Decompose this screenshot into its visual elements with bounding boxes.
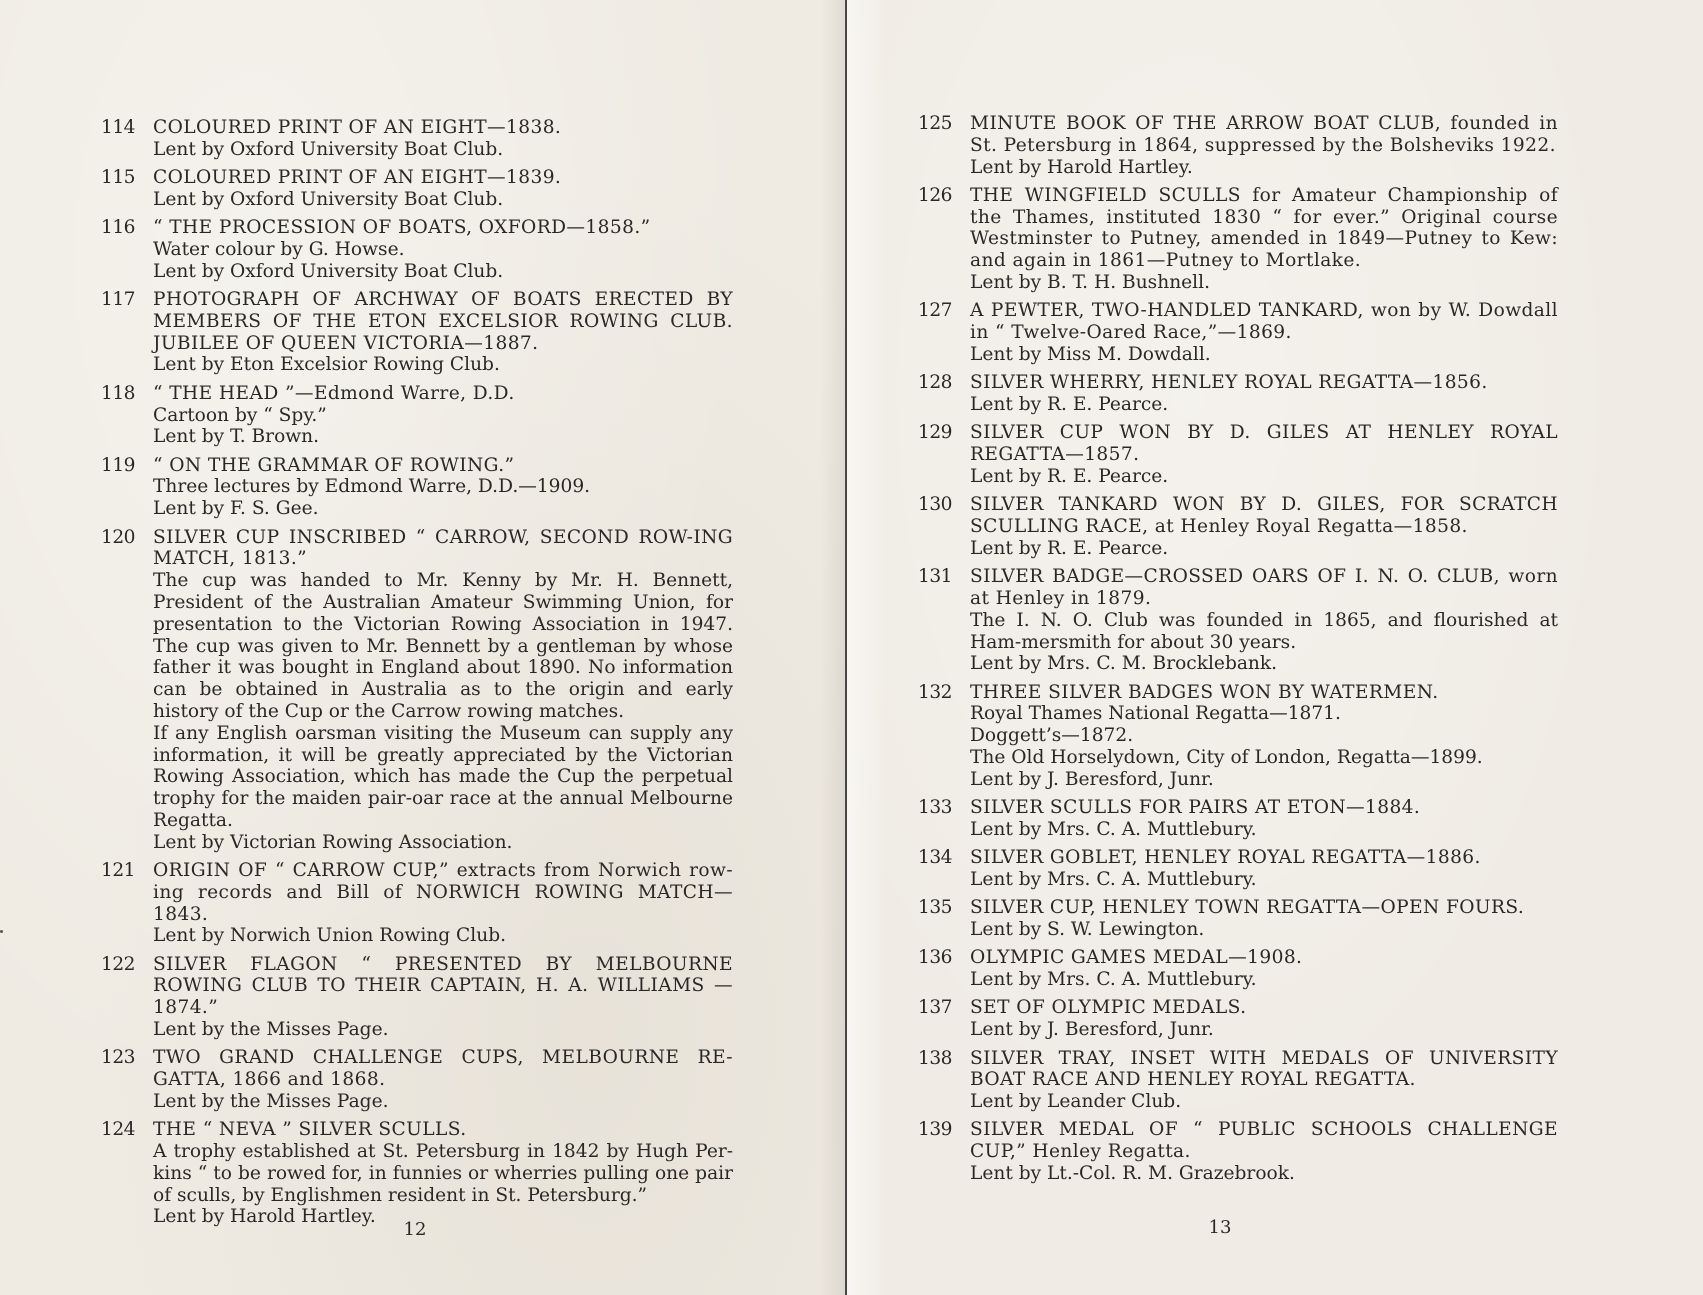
entry-title: SILVER MEDAL OF “ PUBLIC SCHOOLS CHALLEN…: [970, 1119, 1558, 1163]
entry-body: SILVER MEDAL OF “ PUBLIC SCHOOLS CHALLEN…: [970, 1119, 1558, 1184]
entry-title: SILVER CUP, HENLEY TOWN REGATTA—OPEN FOU…: [970, 897, 1558, 919]
entry-body: A PEWTER, TWO-HANDLED TANKARD, won by W.…: [970, 300, 1558, 365]
entry-lender: Lent by J. Beresford, Junr.: [970, 769, 1558, 791]
entry-body: TWO GRAND CHALLENGE CUPS, MELBOURNE RE-G…: [153, 1047, 733, 1112]
gutter-shadow: [820, 0, 845, 1295]
catalogue-entry: 127A PEWTER, TWO-HANDLED TANKARD, won by…: [918, 300, 1558, 365]
catalogue-entry: 123TWO GRAND CHALLENGE CUPS, MELBOURNE R…: [101, 1047, 733, 1112]
entry-description: The I. N. O. Club was founded in 1865, a…: [970, 610, 1558, 654]
entry-number: 127: [918, 300, 970, 365]
catalogue-list-right: 125MINUTE BOOK OF THE ARROW BOAT CLUB, f…: [918, 113, 1558, 1191]
catalogue-entry: 134SILVER GOBLET, HENLEY ROYAL REGATTA—1…: [918, 847, 1558, 891]
catalogue-entry: 116“ THE PROCESSION OF BOATS, OXFORD—185…: [101, 217, 733, 282]
entry-number: 121: [101, 860, 153, 947]
entry-lender: Lent by Mrs. C. A. Muttlebury.: [970, 869, 1558, 891]
entry-body: THE WINGFIELD SCULLS for Amateur Champio…: [970, 185, 1558, 294]
entry-lender: Lent by the Misses Page.: [153, 1019, 733, 1041]
entry-description: Doggett’s—1872.: [970, 725, 1558, 747]
entry-number: 132: [918, 682, 970, 791]
entry-title: THE WINGFIELD SCULLS for Amateur Champio…: [970, 185, 1558, 272]
entry-body: “ THE PROCESSION OF BOATS, OXFORD—1858.”…: [153, 217, 733, 282]
entry-description: The cup was handed to Mr. Kenny by Mr. H…: [153, 570, 733, 723]
entry-title: MINUTE BOOK OF THE ARROW BOAT CLUB, foun…: [970, 113, 1558, 157]
page-number: 13: [1190, 1217, 1250, 1238]
entry-lender: Lent by F. S. Gee.: [153, 498, 733, 520]
entry-lender: Lent by Oxford University Boat Club.: [153, 139, 733, 161]
entry-lender: Lent by Miss M. Dowdall.: [970, 344, 1558, 366]
entry-body: MINUTE BOOK OF THE ARROW BOAT CLUB, foun…: [970, 113, 1558, 178]
entry-title: SILVER SCULLS FOR PAIRS AT ETON—1884.: [970, 797, 1558, 819]
entry-body: SILVER CUP INSCRIBED “ CARROW, SECOND RO…: [153, 527, 733, 854]
catalogue-entry: 136OLYMPIC GAMES MEDAL—1908.Lent by Mrs.…: [918, 947, 1558, 991]
entry-description: A trophy established at St. Petersburg i…: [153, 1141, 733, 1206]
entry-lender: Lent by B. T. H. Bushnell.: [970, 272, 1558, 294]
entry-title: SILVER WHERRY, HENLEY ROYAL REGATTA—1856…: [970, 372, 1558, 394]
entry-title: SET OF OLYMPIC MEDALS.: [970, 997, 1558, 1019]
entry-lender: Lent by Oxford University Boat Club.: [153, 261, 733, 283]
catalogue-entry: 120SILVER CUP INSCRIBED “ CARROW, SECOND…: [101, 527, 733, 854]
entry-number: 135: [918, 897, 970, 941]
ink-speck: [0, 930, 3, 933]
entry-lender: Lent by S. W. Lewington.: [970, 919, 1558, 941]
catalogue-entry: 128SILVER WHERRY, HENLEY ROYAL REGATTA—1…: [918, 372, 1558, 416]
catalogue-entry: 117PHOTOGRAPH OF ARCHWAY OF BOATS ERECTE…: [101, 289, 733, 376]
catalogue-entry: 135SILVER CUP, HENLEY TOWN REGATTA—OPEN …: [918, 897, 1558, 941]
entry-lender: Lent by Lt.-Col. R. M. Grazebrook.: [970, 1163, 1558, 1185]
entry-body: SILVER FLAGON “ PRESENTED BY MELBOURNE R…: [153, 954, 733, 1041]
entry-title: SILVER FLAGON “ PRESENTED BY MELBOURNE R…: [153, 954, 733, 1019]
right-page: 125MINUTE BOOK OF THE ARROW BOAT CLUB, f…: [846, 0, 1703, 1295]
entry-body: SILVER WHERRY, HENLEY ROYAL REGATTA—1856…: [970, 372, 1558, 416]
catalogue-entry: 125MINUTE BOOK OF THE ARROW BOAT CLUB, f…: [918, 113, 1558, 178]
entry-title: SILVER BADGE—CROSSED OARS OF I. N. O. CL…: [970, 566, 1558, 610]
entry-title: COLOURED PRINT OF AN EIGHT—1839.: [153, 167, 733, 189]
catalogue-entry: 132THREE SILVER BADGES WON BY WATERMEN.R…: [918, 682, 1558, 791]
entry-title: SILVER TANKARD WON BY D. GILES, FOR SCRA…: [970, 494, 1558, 538]
entry-description: Cartoon by “ Spy.”: [153, 405, 733, 427]
entry-lender: Lent by the Misses Page.: [153, 1091, 733, 1113]
entry-title: “ THE PROCESSION OF BOATS, OXFORD—1858.”: [153, 217, 733, 239]
entry-lender: Lent by R. E. Pearce.: [970, 466, 1558, 488]
entry-number: 124: [101, 1119, 153, 1228]
entry-title: SILVER CUP WON BY D. GILES AT HENLEY ROY…: [970, 422, 1558, 466]
entry-body: OLYMPIC GAMES MEDAL—1908.Lent by Mrs. C.…: [970, 947, 1558, 991]
entry-title: PHOTOGRAPH OF ARCHWAY OF BOATS ERECTED B…: [153, 289, 733, 354]
entry-number: 115: [101, 167, 153, 211]
entry-body: SILVER GOBLET, HENLEY ROYAL REGATTA—1886…: [970, 847, 1558, 891]
catalogue-entry: 129SILVER CUP WON BY D. GILES AT HENLEY …: [918, 422, 1558, 487]
entry-title: SILVER TRAY, INSET WITH MEDALS OF UNIVER…: [970, 1048, 1558, 1092]
entry-title: A PEWTER, TWO-HANDLED TANKARD, won by W.…: [970, 300, 1558, 344]
catalogue-entry: 121ORIGIN OF “ CARROW CUP,” extracts fro…: [101, 860, 733, 947]
entry-lender: Lent by Mrs. C. M. Brocklebank.: [970, 653, 1558, 675]
entry-number: 131: [918, 566, 970, 675]
entry-title: “ ON THE GRAMMAR OF ROWING.”: [153, 455, 733, 477]
catalogue-entry: 118“ THE HEAD ”—Edmond Warre, D.D.Cartoo…: [101, 383, 733, 448]
book-fold: [845, 0, 847, 1295]
entry-title: THREE SILVER BADGES WON BY WATERMEN.: [970, 682, 1558, 704]
entry-description: Royal Thames National Regatta—1871.: [970, 703, 1558, 725]
entry-lender: Lent by R. E. Pearce.: [970, 538, 1558, 560]
entry-body: “ ON THE GRAMMAR OF ROWING.”Three lectur…: [153, 455, 733, 520]
entry-lender: Lent by Leander Club.: [970, 1091, 1558, 1113]
entry-lender: Lent by Eton Excelsior Rowing Club.: [153, 354, 733, 376]
entry-title: COLOURED PRINT OF AN EIGHT—1838.: [153, 117, 733, 139]
entry-body: SILVER CUP, HENLEY TOWN REGATTA—OPEN FOU…: [970, 897, 1558, 941]
entry-body: “ THE HEAD ”—Edmond Warre, D.D.Cartoon b…: [153, 383, 733, 448]
entry-number: 123: [101, 1047, 153, 1112]
entry-lender: Lent by Victorian Rowing Association.: [153, 832, 733, 854]
entry-body: SET OF OLYMPIC MEDALS.Lent by J. Beresfo…: [970, 997, 1558, 1041]
entry-number: 138: [918, 1048, 970, 1113]
catalogue-entry: 139SILVER MEDAL OF “ PUBLIC SCHOOLS CHAL…: [918, 1119, 1558, 1184]
entry-lender: Lent by Oxford University Boat Club.: [153, 189, 733, 211]
entry-number: 134: [918, 847, 970, 891]
entry-body: SILVER TRAY, INSET WITH MEDALS OF UNIVER…: [970, 1048, 1558, 1113]
book-spread: 114COLOURED PRINT OF AN EIGHT—1838.Lent …: [0, 0, 1703, 1295]
entry-number: 129: [918, 422, 970, 487]
catalogue-entry: 131SILVER BADGE—CROSSED OARS OF I. N. O.…: [918, 566, 1558, 675]
entry-lender: Lent by J. Beresford, Junr.: [970, 1019, 1558, 1041]
entry-title: ORIGIN OF “ CARROW CUP,” extracts from N…: [153, 860, 733, 925]
entry-number: 120: [101, 527, 153, 854]
entry-number: 116: [101, 217, 153, 282]
entry-lender: Lent by Harold Hartley.: [970, 157, 1558, 179]
entry-lender: Lent by Mrs. C. A. Muttlebury.: [970, 969, 1558, 991]
entry-lender: Lent by T. Brown.: [153, 426, 733, 448]
entry-title: SILVER GOBLET, HENLEY ROYAL REGATTA—1886…: [970, 847, 1558, 869]
entry-number: 137: [918, 997, 970, 1041]
entry-body: ORIGIN OF “ CARROW CUP,” extracts from N…: [153, 860, 733, 947]
entry-body: COLOURED PRINT OF AN EIGHT—1839.Lent by …: [153, 167, 733, 211]
entry-body: THE “ NEVA ” SILVER SCULLS.A trophy esta…: [153, 1119, 733, 1228]
catalogue-entry: 114COLOURED PRINT OF AN EIGHT—1838.Lent …: [101, 117, 733, 161]
entry-description: The Old Horselydown, City of London, Reg…: [970, 747, 1558, 769]
entry-title: SILVER CUP INSCRIBED “ CARROW, SECOND RO…: [153, 527, 733, 571]
entry-number: 133: [918, 797, 970, 841]
entry-lender: Lent by R. E. Pearce.: [970, 394, 1558, 416]
entry-body: COLOURED PRINT OF AN EIGHT—1838.Lent by …: [153, 117, 733, 161]
entry-number: 118: [101, 383, 153, 448]
entry-title: OLYMPIC GAMES MEDAL—1908.: [970, 947, 1558, 969]
entry-body: PHOTOGRAPH OF ARCHWAY OF BOATS ERECTED B…: [153, 289, 733, 376]
catalogue-entry: 133SILVER SCULLS FOR PAIRS AT ETON—1884.…: [918, 797, 1558, 841]
entry-title: “ THE HEAD ”—Edmond Warre, D.D.: [153, 383, 733, 405]
entry-description: If any English oarsman visiting the Muse…: [153, 723, 733, 832]
catalogue-list-left: 114COLOURED PRINT OF AN EIGHT—1838.Lent …: [101, 117, 733, 1235]
entry-lender: Lent by Mrs. C. A. Muttlebury.: [970, 819, 1558, 841]
entry-body: SILVER SCULLS FOR PAIRS AT ETON—1884.Len…: [970, 797, 1558, 841]
catalogue-entry: 124THE “ NEVA ” SILVER SCULLS.A trophy e…: [101, 1119, 733, 1228]
catalogue-entry: 137SET OF OLYMPIC MEDALS.Lent by J. Bere…: [918, 997, 1558, 1041]
catalogue-entry: 130SILVER TANKARD WON BY D. GILES, FOR S…: [918, 494, 1558, 559]
catalogue-entry: 138SILVER TRAY, INSET WITH MEDALS OF UNI…: [918, 1048, 1558, 1113]
entry-number: 136: [918, 947, 970, 991]
entry-title: THE “ NEVA ” SILVER SCULLS.: [153, 1119, 733, 1141]
entry-lender: Lent by Norwich Union Rowing Club.: [153, 925, 733, 947]
entry-body: SILVER BADGE—CROSSED OARS OF I. N. O. CL…: [970, 566, 1558, 675]
entry-number: 130: [918, 494, 970, 559]
page-number: 12: [385, 1219, 445, 1240]
entry-description: Water colour by G. Howse.: [153, 239, 733, 261]
catalogue-entry: 122SILVER FLAGON “ PRESENTED BY MELBOURN…: [101, 954, 733, 1041]
entry-number: 114: [101, 117, 153, 161]
left-page: 114COLOURED PRINT OF AN EIGHT—1838.Lent …: [0, 0, 846, 1295]
entry-title: TWO GRAND CHALLENGE CUPS, MELBOURNE RE-G…: [153, 1047, 733, 1091]
entry-number: 125: [918, 113, 970, 178]
entry-description: Three lectures by Edmond Warre, D.D.—190…: [153, 476, 733, 498]
entry-number: 126: [918, 185, 970, 294]
catalogue-entry: 119“ ON THE GRAMMAR OF ROWING.”Three lec…: [101, 455, 733, 520]
entry-body: SILVER CUP WON BY D. GILES AT HENLEY ROY…: [970, 422, 1558, 487]
entry-number: 128: [918, 372, 970, 416]
entry-body: SILVER TANKARD WON BY D. GILES, FOR SCRA…: [970, 494, 1558, 559]
entry-number: 119: [101, 455, 153, 520]
catalogue-entry: 115COLOURED PRINT OF AN EIGHT—1839.Lent …: [101, 167, 733, 211]
entry-number: 122: [101, 954, 153, 1041]
entry-body: THREE SILVER BADGES WON BY WATERMEN.Roya…: [970, 682, 1558, 791]
entry-number: 117: [101, 289, 153, 376]
catalogue-entry: 126THE WINGFIELD SCULLS for Amateur Cham…: [918, 185, 1558, 294]
entry-number: 139: [918, 1119, 970, 1184]
